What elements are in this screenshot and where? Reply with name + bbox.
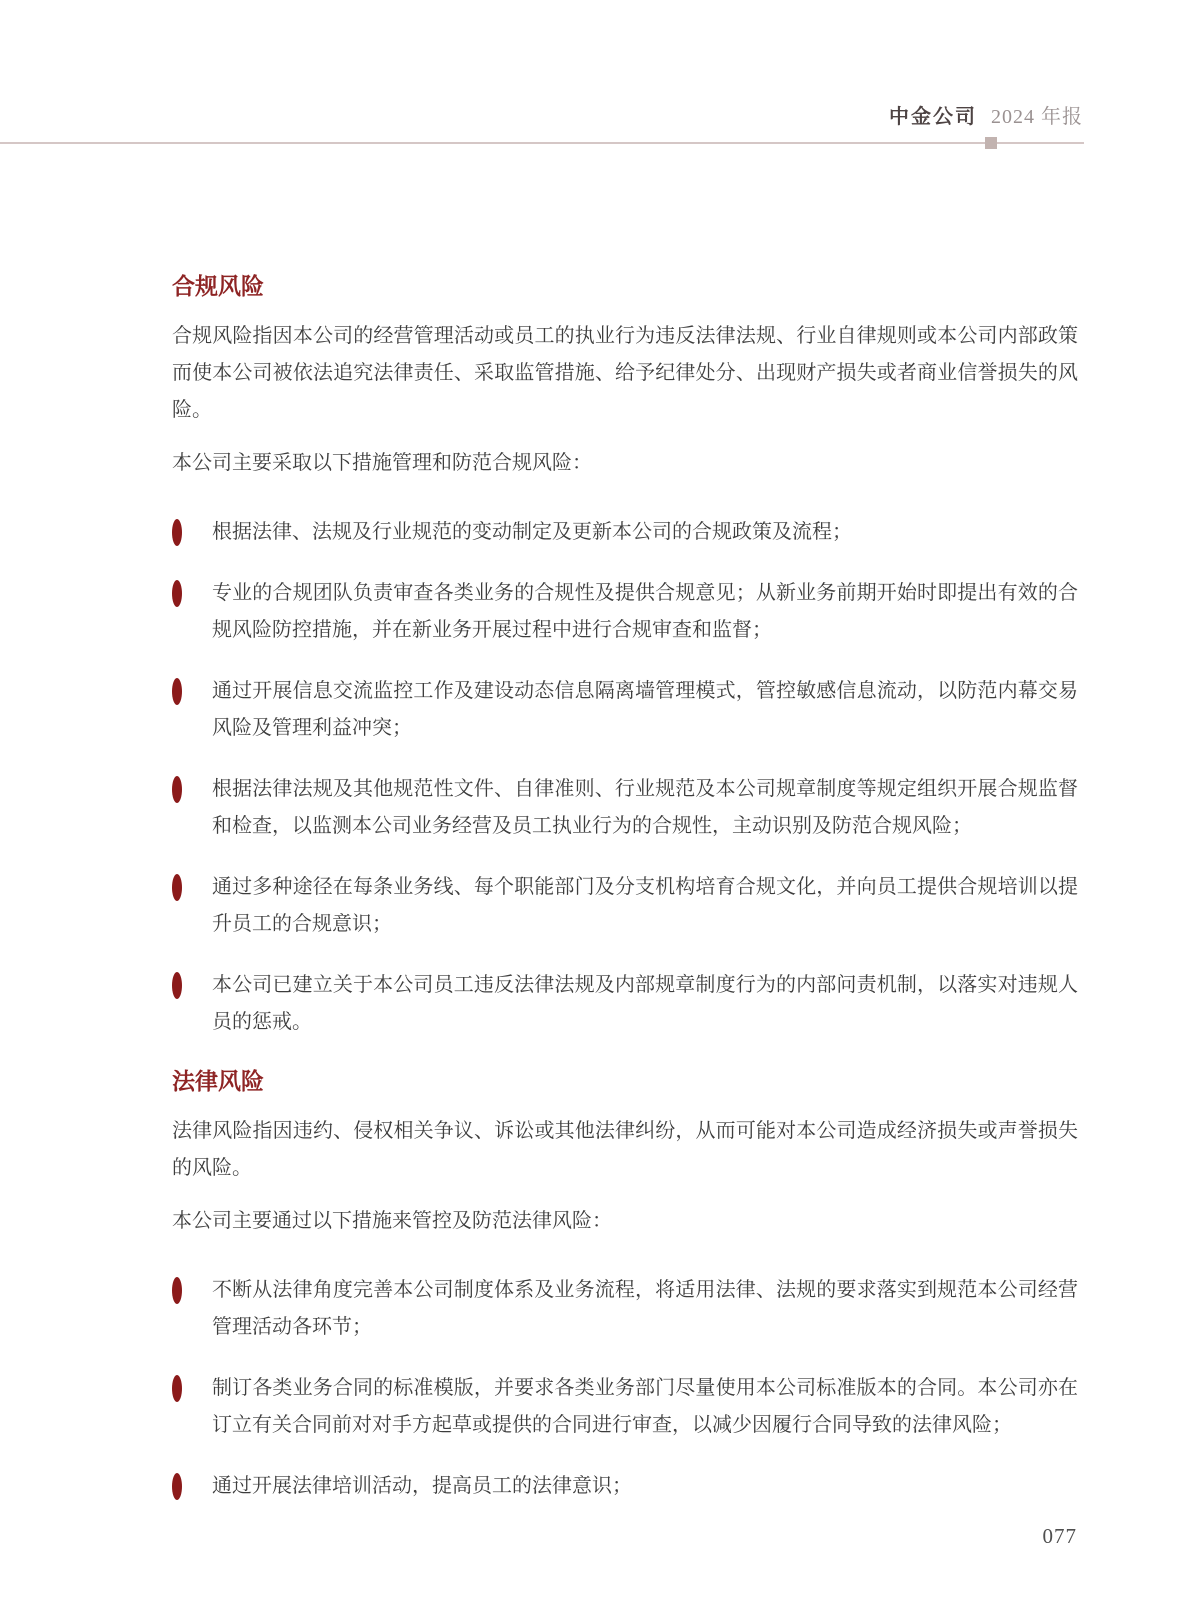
ring-bullet-icon xyxy=(172,874,182,901)
header-rule-square-ornament xyxy=(985,137,997,149)
report-edition: 2024 年报 xyxy=(991,106,1083,128)
bullet-text: 本公司已建立关于本公司员工违反法律法规及内部规章制度行为的内部问责机制，以落实对… xyxy=(212,967,1078,1041)
compliance-risk-intro-paragraph: 合规风险指因本公司的经营管理活动或员工的执业行为违反法律法规、行业自律规则或本公… xyxy=(172,318,1078,429)
list-item: 根据法律法规及其他规范性文件、自律准则、行业规范及本公司规章制度等规定组织开展合… xyxy=(172,771,1078,845)
legal-risk-intro-paragraph: 法律风险指因违约、侵权相关争议、诉讼或其他法律纠纷，从而可能对本公司造成经济损失… xyxy=(172,1113,1078,1187)
list-item: 通过开展法律培训活动，提高员工的法律意识； xyxy=(172,1468,1078,1505)
header-rule xyxy=(0,142,1084,144)
list-item: 不断从法律角度完善本公司制度体系及业务流程，将适用法律、法规的要求落实到规范本公… xyxy=(172,1272,1078,1346)
ring-bullet-icon xyxy=(172,972,182,999)
page-header: 中金公司2024 年报 xyxy=(889,100,1083,129)
list-item: 制订各类业务合同的标准模版，并要求各类业务部门尽量使用本公司标准版本的合同。本公… xyxy=(172,1370,1078,1444)
bullet-cell xyxy=(172,1468,212,1496)
list-item: 通过开展信息交流监控工作及建设动态信息隔离墙管理模式，管控敏感信息流动，以防范内… xyxy=(172,673,1078,747)
bullet-cell xyxy=(172,575,212,603)
bullet-text: 通过开展信息交流监控工作及建设动态信息隔离墙管理模式，管控敏感信息流动，以防范内… xyxy=(212,673,1078,747)
section-heading-legal-risk: 法律风险 xyxy=(172,1065,1078,1097)
ring-bullet-icon xyxy=(172,776,182,803)
bullet-text: 通过多种途径在每条业务线、每个职能部门及分支机构培育合规文化，并向员工提供合规培… xyxy=(212,869,1078,943)
section-heading-compliance-risk: 合规风险 xyxy=(172,270,1078,302)
ring-bullet-icon xyxy=(172,580,182,607)
list-item: 通过多种途径在每条业务线、每个职能部门及分支机构培育合规文化，并向员工提供合规培… xyxy=(172,869,1078,943)
list-item: 本公司已建立关于本公司员工违反法律法规及内部规章制度行为的内部问责机制，以落实对… xyxy=(172,967,1078,1041)
ring-bullet-icon xyxy=(172,1375,182,1402)
bullet-cell xyxy=(172,967,212,995)
bullet-cell xyxy=(172,673,212,701)
page-number: 077 xyxy=(1043,1524,1078,1549)
company-name: 中金公司 xyxy=(889,106,977,128)
legal-risk-bullet-list: 不断从法律角度完善本公司制度体系及业务流程，将适用法律、法规的要求落实到规范本公… xyxy=(172,1272,1078,1505)
ring-bullet-icon xyxy=(172,1277,182,1304)
page-content: 合规风险 合规风险指因本公司的经营管理活动或员工的执业行为违反法律法规、行业自律… xyxy=(172,270,1078,1529)
report-page: 中金公司2024 年报 合规风险 合规风险指因本公司的经营管理活动或员工的执业行… xyxy=(0,0,1190,1615)
bullet-cell xyxy=(172,1272,212,1300)
bullet-cell xyxy=(172,1370,212,1398)
bullet-text: 专业的合规团队负责审查各类业务的合规性及提供合规意见；从新业务前期开始时即提出有… xyxy=(212,575,1078,649)
ring-bullet-icon xyxy=(172,1473,182,1500)
ring-bullet-icon xyxy=(172,678,182,705)
bullet-text: 通过开展法律培训活动，提高员工的法律意识； xyxy=(212,1468,1078,1505)
bullet-cell xyxy=(172,869,212,897)
compliance-risk-bullet-list: 根据法律、法规及行业规范的变动制定及更新本公司的合规政策及流程； 专业的合规团队… xyxy=(172,514,1078,1041)
bullet-text: 制订各类业务合同的标准模版，并要求各类业务部门尽量使用本公司标准版本的合同。本公… xyxy=(212,1370,1078,1444)
ring-bullet-icon xyxy=(172,519,182,546)
bullet-text: 根据法律法规及其他规范性文件、自律准则、行业规范及本公司规章制度等规定组织开展合… xyxy=(212,771,1078,845)
list-item: 根据法律、法规及行业规范的变动制定及更新本公司的合规政策及流程； xyxy=(172,514,1078,551)
bullet-cell xyxy=(172,514,212,542)
list-item: 专业的合规团队负责审查各类业务的合规性及提供合规意见；从新业务前期开始时即提出有… xyxy=(172,575,1078,649)
bullet-text: 不断从法律角度完善本公司制度体系及业务流程，将适用法律、法规的要求落实到规范本公… xyxy=(212,1272,1078,1346)
bullet-cell xyxy=(172,771,212,799)
bullet-text: 根据法律、法规及行业规范的变动制定及更新本公司的合规政策及流程； xyxy=(212,514,1078,551)
legal-risk-lead-paragraph: 本公司主要通过以下措施来管控及防范法律风险： xyxy=(172,1203,1078,1240)
compliance-risk-lead-paragraph: 本公司主要采取以下措施管理和防范合规风险： xyxy=(172,445,1078,482)
